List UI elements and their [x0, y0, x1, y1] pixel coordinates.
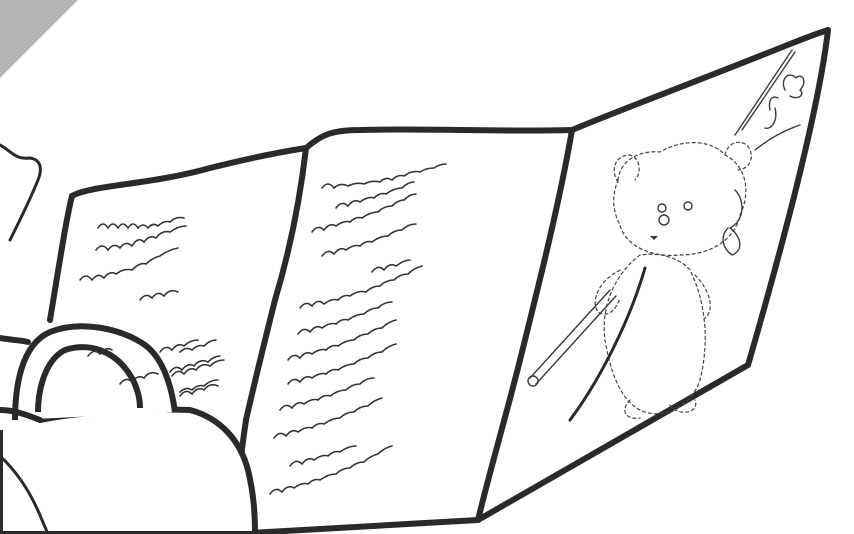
bear-illustration [528, 50, 804, 420]
corner-tab [0, 0, 78, 78]
coffee-mug [0, 326, 255, 534]
right-card-panel [478, 30, 828, 520]
sketch-scene [0, 0, 854, 534]
middle-card-panel [232, 129, 572, 534]
left-edge-object [0, 145, 40, 240]
